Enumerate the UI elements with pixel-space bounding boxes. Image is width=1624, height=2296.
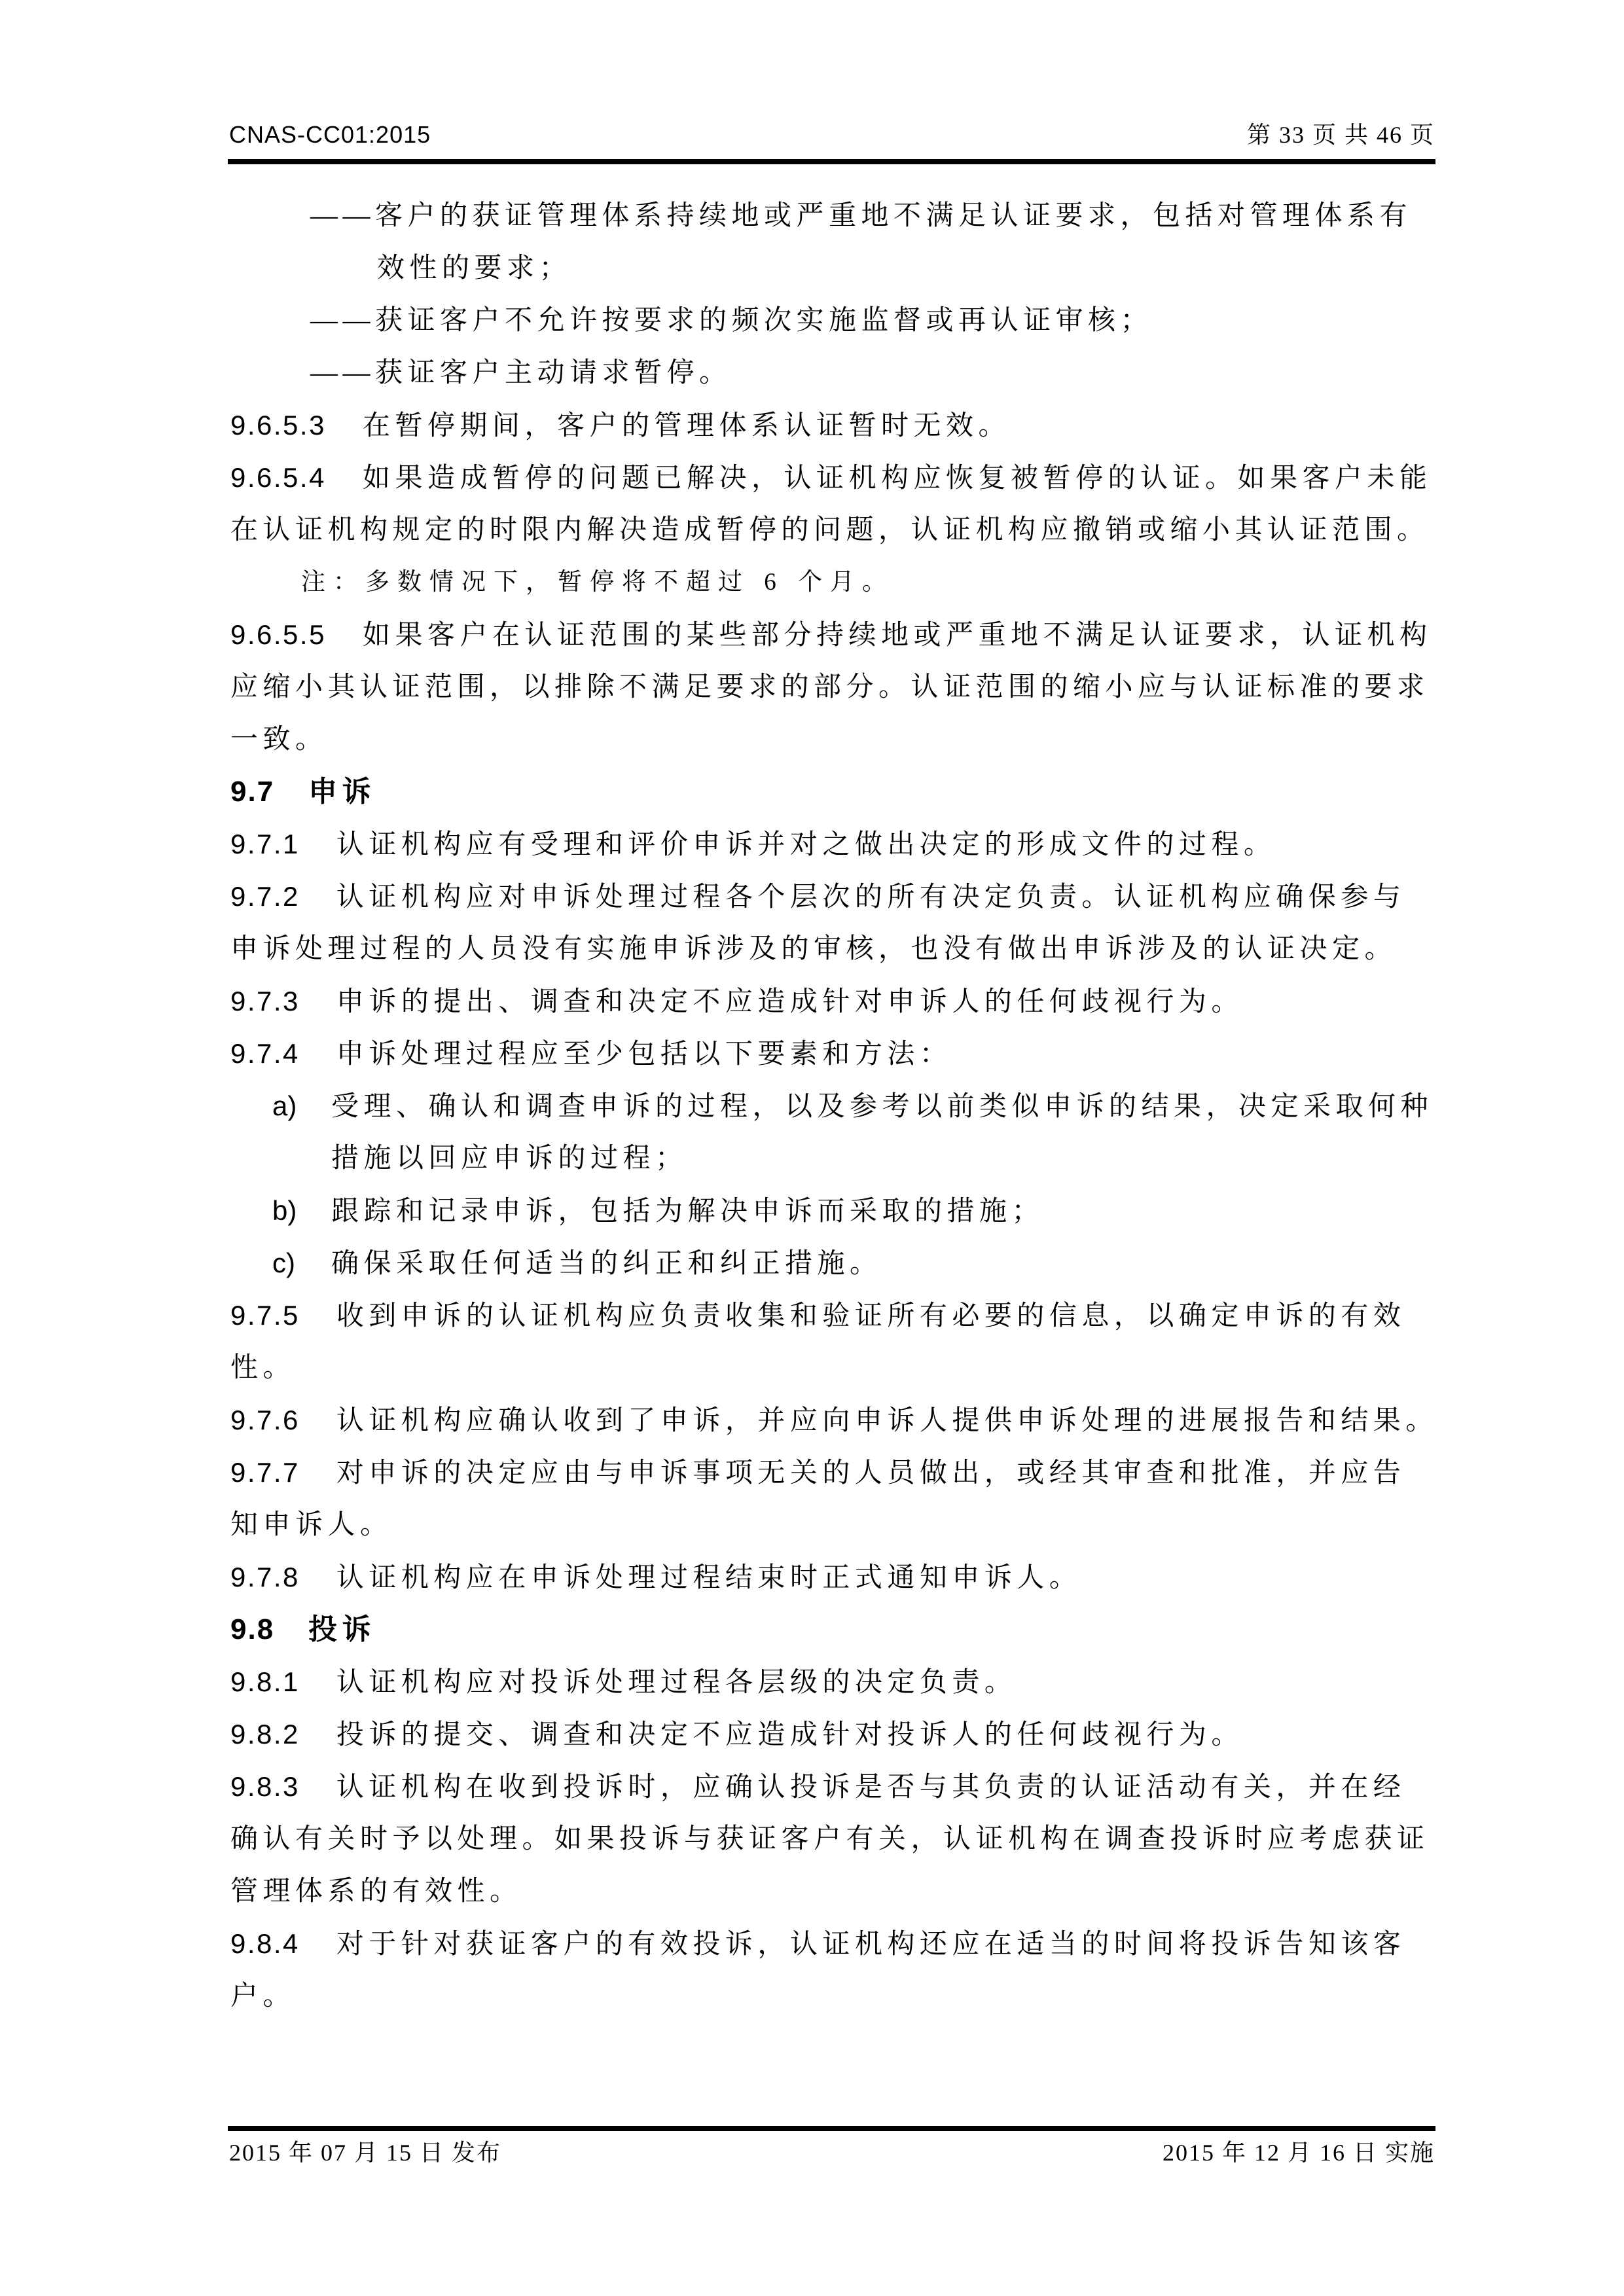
line-text: 对于针对获证客户的有效投诉，认证机构还应在适当的时间将投诉告知该客 <box>336 1929 1406 1960</box>
clause-number: 9.8.2 <box>230 1719 300 1749</box>
clause-number: 9.7.7 <box>230 1457 300 1488</box>
line-text: 如果客户在认证范围的某些部分持续地或严重地不满足认证要求，认证机构 <box>363 620 1432 651</box>
text-line: 措施以回应申诉的过程； <box>230 1132 1435 1185</box>
line-text: 如果造成暂停的问题已解决，认证机构应恢复被暂停的认证。如果客户未能 <box>363 463 1432 493</box>
text-line: 应缩小其认证范围，以排除不满足要求的部分。认证范围的缩小应与认证标准的要求 <box>230 661 1435 713</box>
text-line: 9.8.2投诉的提交、调查和决定不应造成针对投诉人的任何歧视行为。 <box>230 1708 1435 1761</box>
clause-number: 9.7.3 <box>230 986 300 1016</box>
line-text: 认证机构应有受理和评价申诉并对之做出决定的形成文件的过程。 <box>336 830 1276 860</box>
line-text: ——客户的获证管理体系持续地或严重地不满足认证要求，包括对管理体系有 <box>310 201 1412 231</box>
line-text: 知申诉人。 <box>230 1510 393 1540</box>
clause-number: 9.8.3 <box>230 1771 300 1802</box>
line-text: 跟踪和记录申诉，包括为解决申诉而采取的措施； <box>331 1196 1044 1227</box>
clause-number: 9.7 <box>230 776 274 808</box>
line-text: 认证机构应对申诉处理过程各个层次的所有决定负责。认证机构应确保参与 <box>336 882 1406 912</box>
text-line: 9.8.3认证机构在收到投诉时，应确认投诉是否与其负责的认证活动有关，并在经 <box>230 1761 1435 1813</box>
clause-number: 9.7.2 <box>230 881 300 912</box>
text-line: 9.8.1认证机构应对投诉处理过程各层级的决定负责。 <box>230 1656 1435 1708</box>
text-line: 9.7.7对申诉的决定应由与申诉事项无关的人员做出，或经其审查和批准，并应告 <box>230 1446 1435 1499</box>
text-line: 9.6.5.3在暂停期间，客户的管理体系认证暂时无效。 <box>230 399 1435 452</box>
text-line: b)跟踪和记录申诉，包括为解决申诉而采取的措施； <box>230 1185 1435 1237</box>
document-page: CNAS-CC01:2015 第 33 页 共 46 页 ——客户的获证管理体系… <box>0 0 1624 2296</box>
text-line: 确认有关时予以处理。如果投诉与获证客户有关，认证机构在调查投诉时应考虑获证 <box>230 1813 1435 1865</box>
line-text: 确认有关时予以处理。如果投诉与获证客户有关，认证机构在调查投诉时应考虑获证 <box>230 1824 1430 1854</box>
line-text: 认证机构应在申诉处理过程结束时正式通知申诉人。 <box>336 1563 1082 1593</box>
text-line: 申诉处理过程的人员没有实施申诉涉及的审核，也没有做出申诉涉及的认证决定。 <box>230 923 1435 975</box>
line-text: 性。 <box>230 1353 295 1383</box>
line-text: 在认证机构规定的时限内解决造成暂停的问题，认证机构应撤销或缩小其认证范围。 <box>230 515 1430 545</box>
clause-number: 9.7.1 <box>230 829 300 859</box>
clause-number: 9.8.4 <box>230 1928 300 1959</box>
document-body: ——客户的获证管理体系持续地或严重地不满足认证要求，包括对管理体系有效性的要求；… <box>230 190 1435 2022</box>
line-text: 申诉处理过程应至少包括以下要素和方法： <box>336 1039 952 1069</box>
clause-number: 9.7.4 <box>230 1038 300 1069</box>
line-text: 注：多数情况下，暂停将不超过 6 个月。 <box>301 569 894 596</box>
footer-implement-date: 2015 年 12 月 16 日 实施 <box>1163 2138 1435 2168</box>
line-text: 申诉 <box>308 776 376 808</box>
line-text: 应缩小其认证范围，以排除不满足要求的部分。认证范围的缩小应与认证标准的要求 <box>230 672 1430 702</box>
list-marker: c) <box>272 1237 331 1289</box>
text-line: 9.7.2认证机构应对申诉处理过程各个层次的所有决定负责。认证机构应确保参与 <box>230 870 1435 923</box>
text-line: 效性的要求； <box>230 242 1435 295</box>
list-marker: b) <box>272 1185 331 1237</box>
text-line: 9.6.5.4如果造成暂停的问题已解决，认证机构应恢复被暂停的认证。如果客户未能 <box>230 452 1435 504</box>
line-text: 受理、确认和调查申诉的过程，以及参考以前类似申诉的结果，决定采取何种 <box>331 1092 1433 1122</box>
page-header: CNAS-CC01:2015 第 33 页 共 46 页 <box>229 120 1435 149</box>
line-text: 申诉的提出、调查和决定不应造成针对申诉人的任何歧视行为。 <box>336 987 1244 1017</box>
text-line: 注：多数情况下，暂停将不超过 6 个月。 <box>230 556 1435 609</box>
page-footer: 2015 年 07 月 15 日 发布 2015 年 12 月 16 日 实施 <box>229 2138 1435 2168</box>
line-text: 在暂停期间，客户的管理体系认证暂时无效。 <box>363 411 1011 441</box>
section-heading: 9.7申诉 <box>230 766 1435 818</box>
text-line: 户。 <box>230 1970 1435 2022</box>
text-line: 9.6.5.5如果客户在认证范围的某些部分持续地或严重地不满足认证要求，认证机构 <box>230 609 1435 661</box>
text-line: 9.7.5收到申诉的认证机构应负责收集和验证所有必要的信息，以确定申诉的有效 <box>230 1289 1435 1342</box>
line-text: 管理体系的有效性。 <box>230 1876 522 1907</box>
line-text: 效性的要求； <box>377 253 571 283</box>
text-line: 9.7.3申诉的提出、调查和决定不应造成针对申诉人的任何歧视行为。 <box>230 975 1435 1028</box>
line-text: 一致。 <box>230 725 328 755</box>
line-text: 措施以回应申诉的过程； <box>331 1143 688 1174</box>
clause-number: 9.6.5.3 <box>230 410 326 440</box>
text-line: ——获证客户主动请求暂停。 <box>230 347 1435 399</box>
header-page-info: 第 33 页 共 46 页 <box>1247 120 1435 149</box>
line-text: 户。 <box>230 1981 295 2011</box>
clause-number: 9.8 <box>230 1613 274 1645</box>
text-line: 在认证机构规定的时限内解决造成暂停的问题，认证机构应撤销或缩小其认证范围。 <box>230 504 1435 556</box>
clause-number: 9.7.8 <box>230 1562 300 1592</box>
text-line: 9.7.6认证机构应确认收到了申诉，并应向申诉人提供申诉处理的进展报告和结果。 <box>230 1394 1435 1446</box>
line-text: 认证机构应确认收到了申诉，并应向申诉人提供申诉处理的进展报告和结果。 <box>336 1406 1438 1436</box>
line-text: 投诉的提交、调查和决定不应造成针对投诉人的任何歧视行为。 <box>336 1720 1244 1750</box>
clause-number: 9.7.5 <box>230 1300 300 1331</box>
line-text: 申诉处理过程的人员没有实施申诉涉及的审核，也没有做出申诉涉及的认证决定。 <box>230 934 1397 964</box>
text-line: 管理体系的有效性。 <box>230 1865 1435 1918</box>
text-line: 9.8.4对于针对获证客户的有效投诉，认证机构还应在适当的时间将投诉告知该客 <box>230 1918 1435 1970</box>
line-text: 投诉 <box>308 1613 376 1645</box>
line-text: ——获证客户主动请求暂停。 <box>310 358 732 388</box>
text-line: c)确保采取任何适当的纠正和纠正措施。 <box>230 1237 1435 1289</box>
text-line: ——获证客户不允许按要求的频次实施监督或再认证审核； <box>230 295 1435 347</box>
text-line: 性。 <box>230 1342 1435 1394</box>
text-line: ——客户的获证管理体系持续地或严重地不满足认证要求，包括对管理体系有 <box>230 190 1435 242</box>
line-text: 收到申诉的认证机构应负责收集和验证所有必要的信息，以确定申诉的有效 <box>336 1301 1406 1331</box>
footer-rule <box>228 2126 1435 2131</box>
footer-issue-date: 2015 年 07 月 15 日 发布 <box>229 2138 501 2168</box>
line-text: 对申诉的决定应由与申诉事项无关的人员做出，或经其审查和批准，并应告 <box>336 1458 1406 1488</box>
line-text: 确保采取任何适当的纠正和纠正措施。 <box>331 1249 882 1279</box>
clause-number: 9.6.5.5 <box>230 619 326 650</box>
text-line: a)受理、确认和调查申诉的过程，以及参考以前类似申诉的结果，决定采取何种 <box>230 1080 1435 1132</box>
line-text: 认证机构在收到投诉时，应确认投诉是否与其负责的认证活动有关，并在经 <box>336 1772 1406 1803</box>
list-marker: a) <box>272 1080 331 1132</box>
line-text: ——获证客户不允许按要求的频次实施监督或再认证审核； <box>310 306 1153 336</box>
clause-number: 9.6.5.4 <box>230 462 326 493</box>
header-doc-code: CNAS-CC01:2015 <box>229 120 431 149</box>
text-line: 9.7.4申诉处理过程应至少包括以下要素和方法： <box>230 1028 1435 1080</box>
text-line: 9.7.8认证机构应在申诉处理过程结束时正式通知申诉人。 <box>230 1551 1435 1604</box>
line-text: 认证机构应对投诉处理过程各层级的决定负责。 <box>336 1668 1017 1698</box>
clause-number: 9.7.6 <box>230 1405 300 1435</box>
header-rule <box>228 159 1435 164</box>
text-line: 一致。 <box>230 713 1435 766</box>
text-line: 9.7.1认证机构应有受理和评价申诉并对之做出决定的形成文件的过程。 <box>230 818 1435 870</box>
clause-number: 9.8.1 <box>230 1666 300 1697</box>
section-heading: 9.8投诉 <box>230 1604 1435 1656</box>
text-line: 知申诉人。 <box>230 1499 1435 1551</box>
